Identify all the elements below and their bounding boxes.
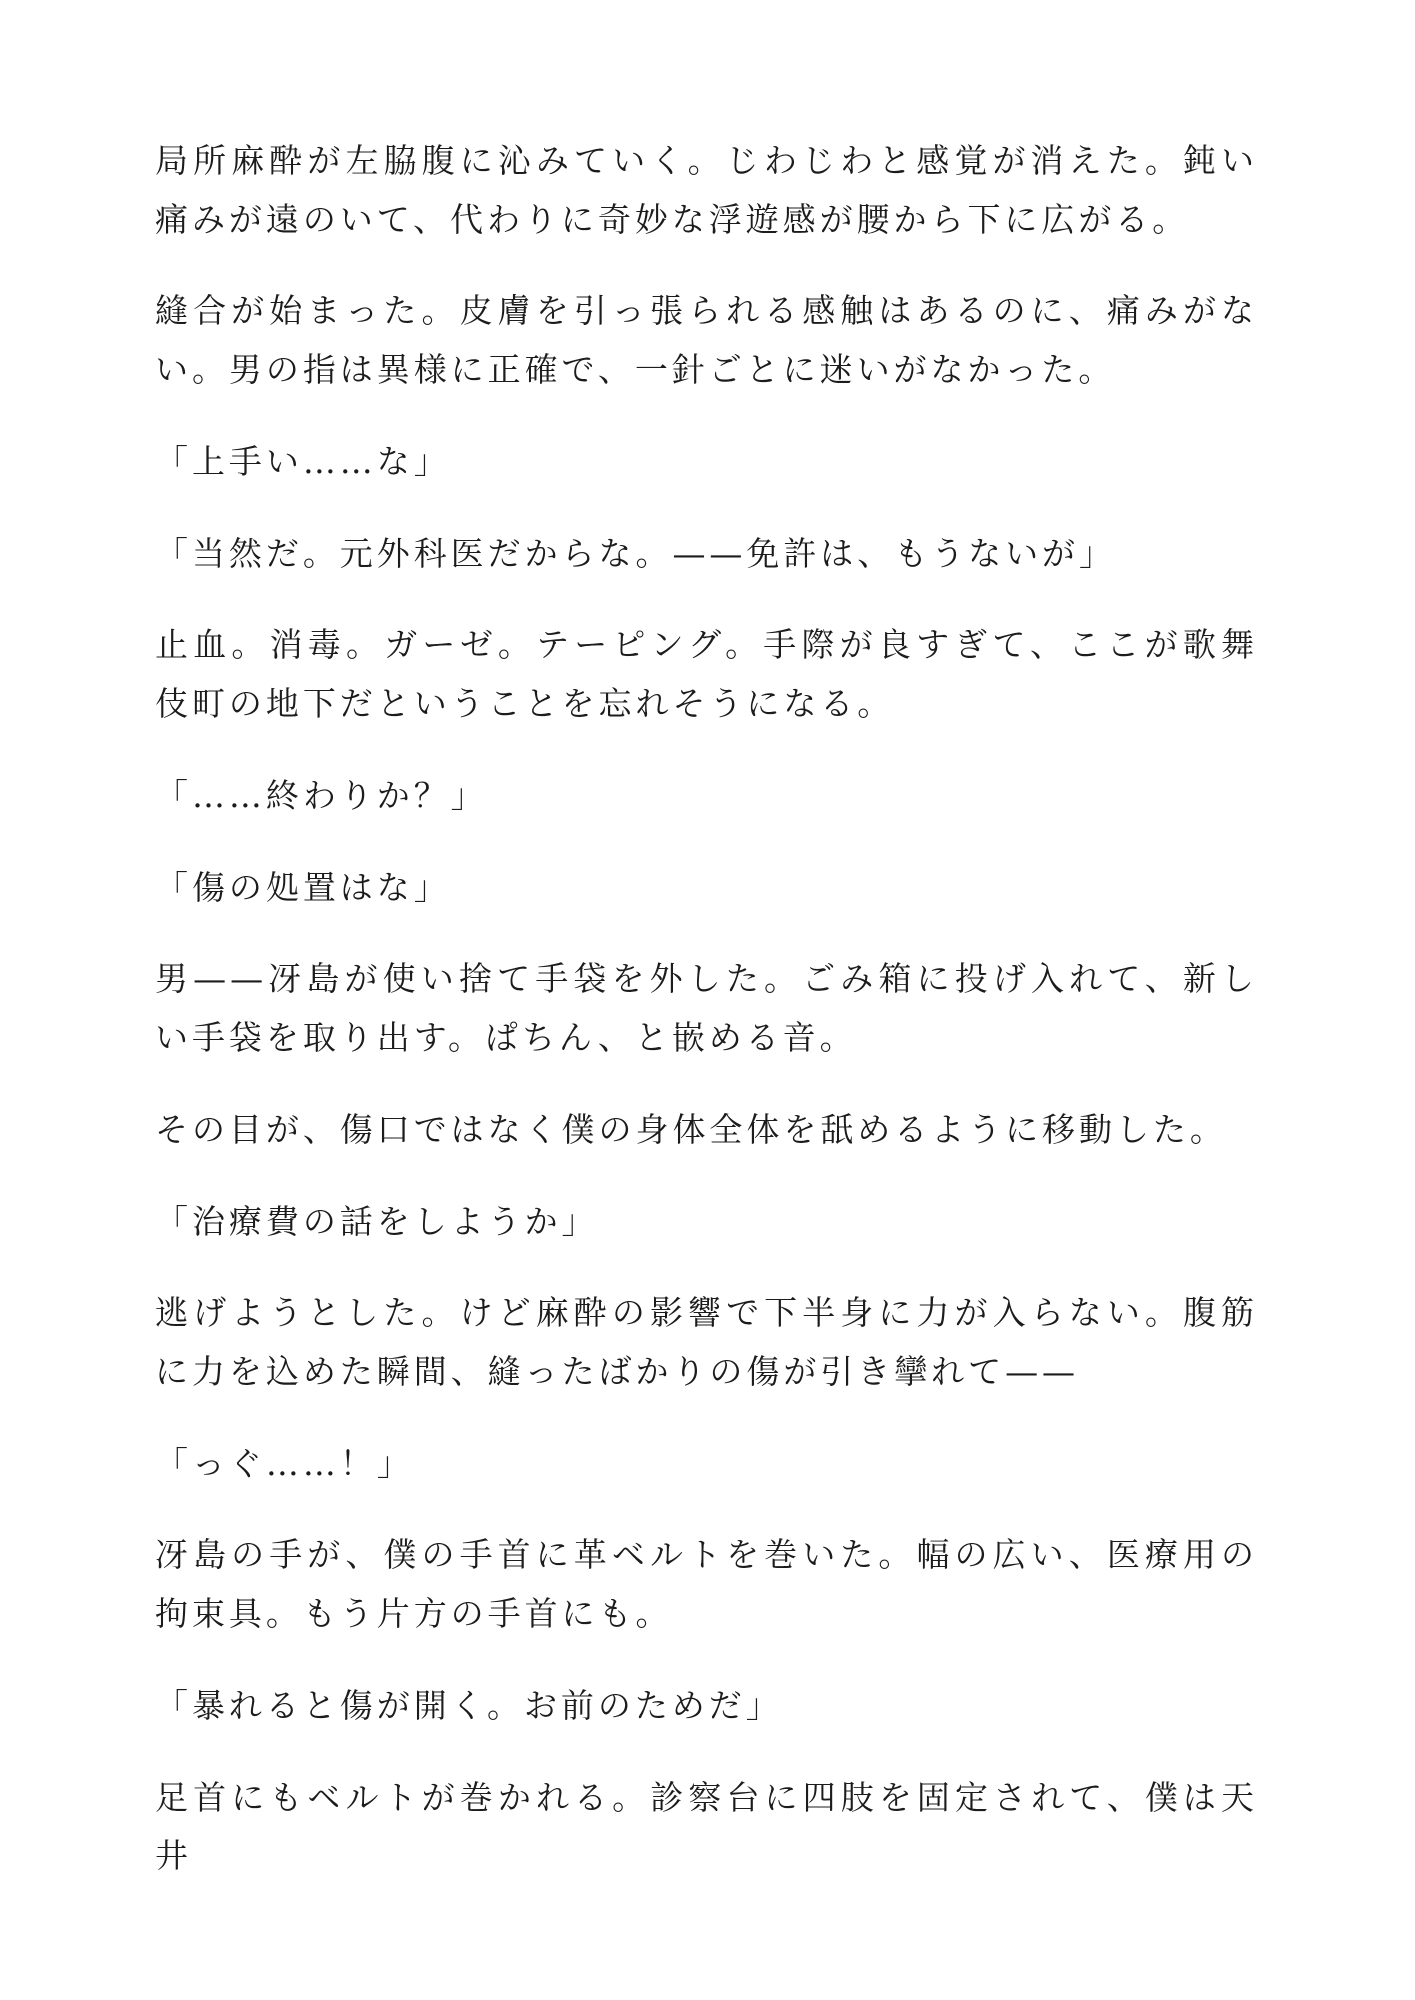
paragraph-dialogue: 「上手い……な」 — [155, 433, 1258, 492]
paragraph-dialogue: 「治療費の話をしようか」 — [155, 1193, 1258, 1252]
paragraph-narration: 男——冴島が使い捨て手袋を外した。ごみ箱に投げ入れて、新しい手袋を取り出す。ぱち… — [155, 950, 1258, 1067]
paragraph-narration: 足首にもベルトが巻かれる。診察台に四肢を固定されて、僕は天井 — [155, 1769, 1258, 1886]
paragraph-narration: その目が、傷口ではなく僕の身体全体を舐めるように移動した。 — [155, 1101, 1258, 1160]
paragraph-narration: 縫合が始まった。皮膚を引っ張られる感触はあるのに、痛みがない。男の指は異様に正確… — [155, 282, 1258, 399]
paragraph-dialogue: 「傷の処置はな」 — [155, 859, 1258, 918]
paragraph-dialogue: 「っぐ……！」 — [155, 1435, 1258, 1494]
document-page: 局所麻酔が左脇腹に沁みていく。じわじわと感覚が消えた。鈍い痛みが遠のいて、代わり… — [0, 0, 1415, 2000]
paragraph-narration: 局所麻酔が左脇腹に沁みていく。じわじわと感覚が消えた。鈍い痛みが遠のいて、代わり… — [155, 132, 1258, 249]
paragraph-dialogue: 「暴れると傷が開く。お前のためだ」 — [155, 1677, 1258, 1736]
paragraph-narration: 冴島の手が、僕の手首に革ベルトを巻いた。幅の広い、医療用の拘束具。もう片方の手首… — [155, 1526, 1258, 1643]
paragraph-narration: 止血。消毒。ガーゼ。テーピング。手際が良すぎて、ここが歌舞伎町の地下だということ… — [155, 616, 1258, 733]
paragraph-narration: 逃げようとした。けど麻酔の影響で下半身に力が入らない。腹筋に力を込めた瞬間、縫っ… — [155, 1284, 1258, 1401]
paragraph-dialogue: 「当然だ。元外科医だからな。——免許は、もうないが」 — [155, 525, 1258, 584]
paragraph-dialogue: 「……終わりか？」 — [155, 767, 1258, 826]
